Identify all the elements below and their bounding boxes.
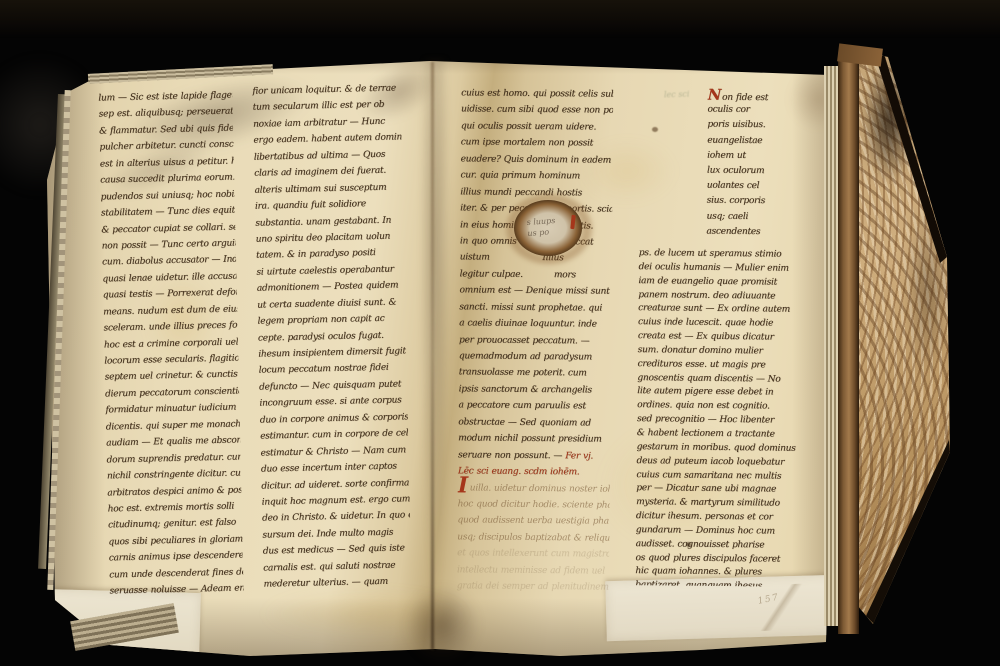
manuscript-text-line: usq; discipulos baptizabat & reliqua. Si…	[457, 529, 609, 547]
manuscript-text-line: seruasse noluisse — Adeam enim	[109, 581, 243, 600]
left-page-column-1: lum — Sic est iste lapide flagetursep es…	[98, 88, 244, 607]
manuscript-text-line: poris uisibus.	[707, 118, 799, 134]
right-page-column-2-intro: Non fide estoculis corporis uisibus.euan…	[706, 88, 799, 245]
manuscript-text-line: cum ipse mortalem non possit	[461, 135, 613, 153]
right-page-column-2-main: ps. de lucem ut speramus stimiodei oculi…	[635, 247, 811, 587]
gutter-shadow	[420, 58, 450, 613]
ink-speck	[652, 127, 658, 132]
manuscript-text-line: dei oculis humanis — Mulier enim	[638, 261, 810, 277]
erased-marginal-note: lec sci	[664, 90, 690, 101]
manuscript-text-line: euangelistae	[707, 133, 799, 149]
manuscript-text-line: Iuilla. uidetur dominus noster iohanne	[458, 480, 610, 498]
manuscript-text-line: gundarum — Dominus hoc cum	[636, 524, 808, 540]
red-text: Fer vj.	[565, 451, 593, 461]
hole-show-through-text: s luups us po	[526, 215, 556, 239]
manuscript-text-line: cur. quia primum hominum	[460, 168, 612, 186]
manuscript-text-line: iam de euangelio quae promisit	[638, 275, 810, 291]
manuscript-text-line: a caelis diuinae loquuntur. inde	[459, 315, 611, 333]
manuscript-text-line: per prouocasset peccatum. —	[459, 332, 611, 350]
manuscript-text-line: Non fide est	[708, 88, 800, 104]
illuminated-initial: N	[708, 88, 722, 104]
manuscript-text-line: a peccatore cum paruulis est	[458, 398, 610, 416]
manuscript-text-line: cuius est homo. qui possit celis sub	[461, 85, 613, 103]
manuscript-text-line: audisset. cognouisset pharise	[636, 538, 808, 554]
manuscript-text-line: omnium est — Denique missi sunt	[459, 283, 611, 301]
manuscript-text-line: lux oculorum	[707, 164, 799, 180]
manuscript-text-line: intellectu meminisse ad fidem uel	[457, 562, 609, 580]
spine-leather-strip	[838, 56, 859, 634]
manuscript-text-line: et quos intellexerunt cum magistro	[457, 546, 609, 564]
manuscript-text-line: seruare non possunt. — Fer vj.	[458, 447, 610, 465]
manuscript-text-line: oculis cor	[707, 103, 799, 119]
manuscript-text-line: deus ad puteum iacob loquebatur	[636, 455, 808, 471]
patch-fold-crease	[749, 584, 810, 632]
manuscript-text-line: uolantes cel	[707, 179, 799, 195]
manuscript-text-line: sancti. missi sunt prophetae. qui	[459, 299, 611, 317]
cover-stain	[905, 200, 950, 380]
right-page-column-1: cuius est homo. qui possit celis subuidi…	[457, 85, 613, 602]
manuscript-text-line: gratia dei semper ad plenitudinem	[457, 578, 609, 596]
rubric-line: Lēc sci euang. scdm iohēm.	[458, 463, 610, 481]
parchment-hole: s luups us po	[514, 200, 582, 256]
manuscript-text-line: gestarum in moribus. quod dominus	[637, 441, 809, 457]
manuscript-text-line: sius. corporis	[707, 194, 799, 210]
left-page-column-2: fior unicam loquitur. & de terraetum sec…	[252, 80, 412, 599]
manuscript-text-line: legitur culpae. mors	[460, 266, 612, 284]
manuscript-text-line: euadere? Quis dominum in eadem	[461, 151, 613, 169]
manuscript-text-line: sum. donatur domino mulier	[638, 344, 810, 360]
manuscript-text-line: carnalis est. qui saluti nostrae	[263, 557, 411, 577]
manuscript-text-line: quod audissent uerba uestigia phariseos.…	[457, 513, 609, 531]
manuscript-text-line: alteris ultimam sui susceptum	[254, 179, 402, 199]
manuscript-text-line: usq; caeli	[706, 209, 798, 225]
manuscript-text-line: hoc quod dicitur hodie. sciente pharisei…	[458, 496, 610, 514]
manuscript-photo: 157 lum — Sic est iste lapide flageturse…	[0, 0, 1000, 666]
manuscript-text-line: modum nichil possunt presidium	[458, 431, 610, 449]
manuscript-text-line: qui oculis possit ueram uidere.	[461, 118, 613, 136]
spine-side-page-edges	[824, 66, 838, 626]
illuminated-initial: I	[458, 480, 468, 490]
gutter-fold-line	[431, 62, 434, 650]
manuscript-text-line: ipsis sanctorum & archangelis	[459, 381, 611, 399]
manuscript-text-line: obstructae — Sed quoniam ad	[458, 414, 610, 432]
manuscript-text-line: uidisse. cum sibi quod esse non possit:	[461, 102, 613, 120]
manuscript-text-line: iohem ut	[707, 148, 799, 164]
photo-frame-top-edge	[0, 0, 1000, 38]
manuscript-text-line: mederetur ulterius. — quam	[263, 573, 411, 593]
manuscript-text-line: transuolasse me poterit. cum	[459, 365, 611, 383]
manuscript-text-line: quemadmodum ad paradysum	[459, 348, 611, 366]
manuscript-text-line: ascendentes	[706, 224, 798, 240]
manuscript-text-line: credituros esse. ut magis pre	[637, 358, 809, 374]
